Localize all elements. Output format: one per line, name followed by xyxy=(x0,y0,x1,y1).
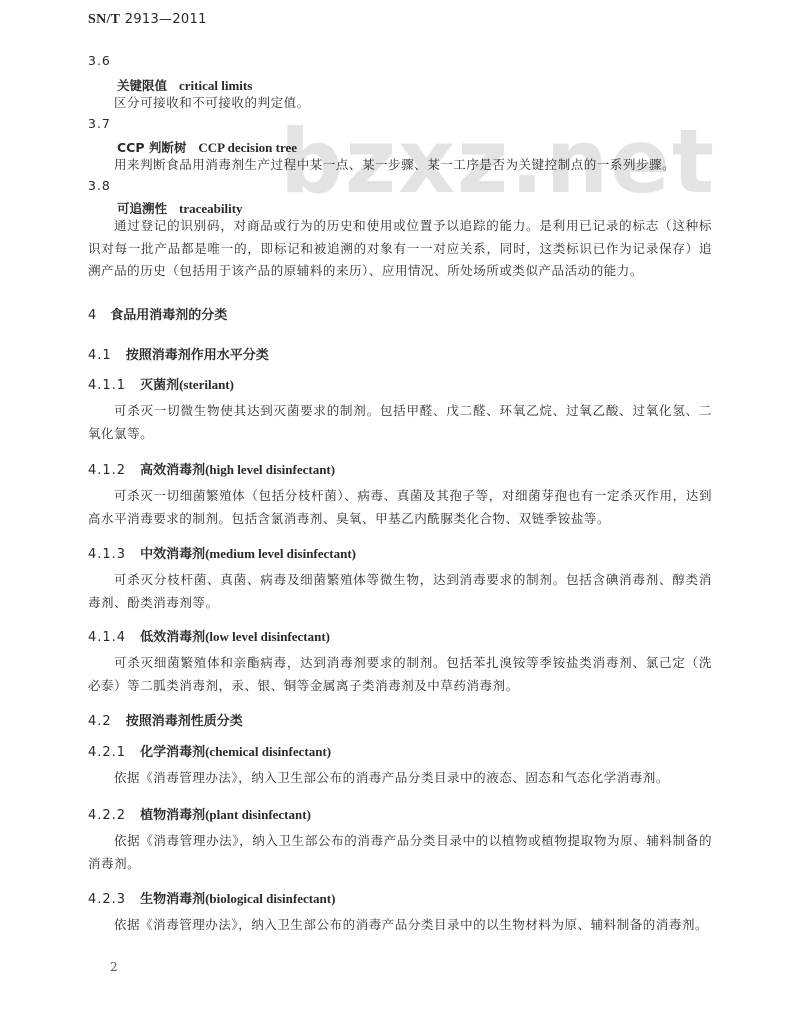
clause-text: 依据《消毒管理办法》，纳入卫生部公布的消毒产品分类目录中的以生物材料为原、辅料制… xyxy=(88,914,712,937)
clause-number: 4.2.1 xyxy=(88,745,126,760)
definition-text: 用来判断食品用消毒剂生产过程中某一点、某一步骤、某一工序是否为关键控制点的一系列… xyxy=(88,154,712,177)
clause-text: 依据《消毒管理办法》，纳入卫生部公布的消毒产品分类目录中的以植物或植物提取物为原… xyxy=(88,830,712,875)
clause-number: 4.1.4 xyxy=(88,630,126,645)
clause-text: 可杀灭细菌繁殖体和亲酯病毒，达到消毒剂要求的制剂。包括苯扎溴铵等季铵盐类消毒剂、… xyxy=(88,652,712,697)
subsection-title: 按照消毒剂作用水平分类 xyxy=(126,348,269,363)
page-number: 2 xyxy=(110,960,118,974)
clause-text: 可杀灭一切细菌繁殖体（包括分枝杆菌）、病毒、真菌及其孢子等，对细菌芽孢也有一定杀… xyxy=(88,485,712,530)
clause-text: 依据《消毒管理办法》，纳入卫生部公布的消毒产品分类目录中的液态、固态和气态化学消… xyxy=(88,767,712,790)
clause-heading: 4.1.4低效消毒剂(low level disinfectant) xyxy=(88,626,330,645)
term-en: traceability xyxy=(179,201,243,216)
section-number: 4 xyxy=(88,308,96,323)
clause-heading: 4.2.3生物消毒剂(biological disinfectant) xyxy=(88,888,335,907)
clause-text: 可杀灭分枝杆菌、真菌、病毒及细菌繁殖体等微生物，达到消毒要求的制剂。包括含碘消毒… xyxy=(88,569,712,614)
subsection-number: 4.1 xyxy=(88,348,112,363)
standard-header: SN/T 2913—2011 xyxy=(88,12,207,28)
clause-title-en: (chemical disinfectant) xyxy=(205,744,331,759)
clause-number: 4.1.2 xyxy=(88,463,126,478)
clause-heading: 4.2.1化学消毒剂(chemical disinfectant) xyxy=(88,741,331,760)
clause-title-en: (medium level disinfectant) xyxy=(205,546,356,561)
definition-text: 区分可接收和不可接收的判定值。 xyxy=(88,92,712,115)
clause-title-cn: 生物消毒剂 xyxy=(140,892,205,907)
section-title: 食品用消毒剂的分类 xyxy=(110,308,227,323)
clause-title-cn: 高效消毒剂 xyxy=(140,463,205,478)
clause-number: 4.2.3 xyxy=(88,892,126,907)
clause-title-cn: 灭菌剂 xyxy=(140,378,179,393)
clause-heading: 4.2.2植物消毒剂(plant disinfectant) xyxy=(88,804,311,823)
clause-heading: 4.1.3中效消毒剂(medium level disinfectant) xyxy=(88,543,356,562)
clause-number: 4.1.1 xyxy=(88,378,126,393)
term-en: CCP decision tree xyxy=(198,140,297,155)
subsection-number: 4.2 xyxy=(88,714,112,729)
clause-title-cn: 中效消毒剂 xyxy=(140,547,205,562)
clause-heading: 4.1.1灭菌剂(sterilant) xyxy=(88,374,234,393)
clause-title-en: (low level disinfectant) xyxy=(205,629,330,644)
definition-text: 通过登记的识别码，对商品或行为的历史和使用或位置予以追踪的能力。是利用已记录的标… xyxy=(88,215,712,283)
definition-number: 3.8 xyxy=(88,178,111,193)
clause-title-en: (plant disinfectant) xyxy=(205,807,311,822)
standard-code: SN/T xyxy=(88,12,120,27)
document-page: SN/T 2913—2011 3.6 关键限值critical limits 区… xyxy=(0,0,800,1036)
term-cn: CCP 判断树 xyxy=(117,140,186,155)
clause-title-cn: 化学消毒剂 xyxy=(140,745,205,760)
subsection-heading: 4.2按照消毒剂性质分类 xyxy=(88,710,243,729)
section-heading: 4食品用消毒剂的分类 xyxy=(88,304,227,323)
definition-number: 3.6 xyxy=(88,53,111,68)
term-cn: 关键限值 xyxy=(117,78,167,93)
clause-title-cn: 植物消毒剂 xyxy=(140,808,205,823)
clause-heading: 4.1.2高效消毒剂(high level disinfectant) xyxy=(88,459,335,478)
clause-title-en: (biological disinfectant) xyxy=(205,891,335,906)
clause-title-en: (sterilant) xyxy=(179,377,234,392)
clause-text: 可杀灭一切微生物使其达到灭菌要求的制剂。包括甲醛、戊二醛、环氧乙烷、过氧乙酸、过… xyxy=(88,400,712,445)
term-cn: 可追溯性 xyxy=(117,201,167,216)
clause-title-cn: 低效消毒剂 xyxy=(140,630,205,645)
term-en: critical limits xyxy=(179,78,252,93)
subsection-heading: 4.1按照消毒剂作用水平分类 xyxy=(88,344,269,363)
subsection-title: 按照消毒剂性质分类 xyxy=(126,714,243,729)
clause-number: 4.1.3 xyxy=(88,547,126,562)
standard-number: 2913—2011 xyxy=(125,12,207,27)
clause-number: 4.2.2 xyxy=(88,808,126,823)
definition-number: 3.7 xyxy=(88,116,111,131)
clause-title-en: (high level disinfectant) xyxy=(205,462,335,477)
